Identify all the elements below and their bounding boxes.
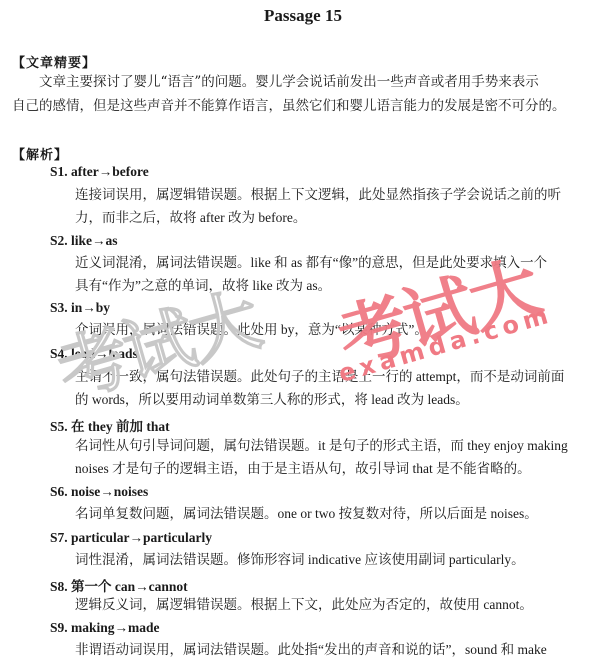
summary-line: 自己的感情，但是这些声音并不能算作语言，虽然它们和婴儿语言能力的发展是密不可分的… (12, 98, 566, 114)
item-body-s3: 介词误用，属词法错误题。此处用 by，意为“以某种方式”。 (75, 318, 595, 341)
item-body-s2: 近义词混淆，属词法错误题。like 和 as 都有“像”的意思，但是此处要求填入… (75, 251, 595, 297)
item-line: 的 words，所以要用动词单数第三人称的形式，将 lead 改为 leads。 (75, 388, 595, 411)
item-body-s7: 词性混淆，属词法错误题。修饰形容词 indicative 应该使用副词 part… (75, 548, 595, 571)
item-label-s2: S2. like→as (50, 233, 118, 249)
item-label-s3: S3. in→by (50, 300, 110, 316)
item-line: 介词误用，属词法错误题。此处用 by，意为“以某种方式”。 (75, 318, 595, 341)
analysis-heading: 【解析】 (12, 144, 68, 163)
page-title: Passage 15 (0, 6, 606, 26)
item-body-s8: 逻辑反义词，属逻辑错误题。根据上下文，此处应为否定的，故使用 cannot。 (75, 593, 595, 616)
item-label-s9: S9. making→made (50, 620, 160, 636)
item-line: 主谓不一致，属句法错误题。此处句子的主语是上一行的 attempt，而不是动词前… (75, 365, 595, 388)
item-line: 词性混淆，属词法错误题。修饰形容词 indicative 应该使用副词 part… (75, 548, 595, 571)
item-line: 名词性从句引导词问题，属句法错误题。it 是句子的形式主语，而 they enj… (75, 434, 595, 457)
item-body-s4: 主谓不一致，属句法错误题。此处句子的主语是上一行的 attempt，而不是动词前… (75, 365, 595, 411)
item-label-s5: S5. 在 they 前加 that (50, 415, 170, 435)
summary-paragraph: 文章主要探讨了婴儿“语言”的问题。婴儿学会说话前发出一些声音或者用手势来表示 自… (12, 70, 596, 118)
summary-heading: 【文章精要】 (12, 52, 96, 71)
item-body-s6: 名词单复数问题，属词法错误题。one or two 按复数对待，所以后面是 no… (75, 502, 595, 525)
item-line: 连接词误用，属逻辑错误题。根据上下文逻辑，此处显然指孩子学会说话之前的听 (75, 183, 595, 206)
item-label-s7: S7. particular→particularly (50, 530, 212, 546)
item-label-s1: S1. after→before (50, 164, 149, 180)
item-line: 具有“作为”之意的单词，故将 like 改为 as。 (75, 274, 595, 297)
item-line: 近义词混淆，属词法错误题。like 和 as 都有“像”的意思，但是此处要求填入… (75, 251, 595, 274)
item-line: 力，而非之后，故将 after 改为 before。 (75, 206, 595, 229)
item-label-s6: S6. noise→noises (50, 484, 148, 500)
item-line: 非谓语动词误用，属词法错误题。此处指“发出的声音和说的话”，sound 和 ma… (75, 638, 595, 661)
item-body-s5: 名词性从句引导词问题，属句法错误题。it 是句子的形式主语，而 they enj… (75, 434, 595, 480)
item-line: noises 才是句子的逻辑主语，由于是主语从句，故引导词 that 是不能省略… (75, 457, 595, 480)
summary-line: 文章主要探讨了婴儿“语言”的问题。婴儿学会说话前发出一些声音或者用手势来表示 (39, 74, 539, 90)
item-label-s8: S8. 第一个 can→cannot (50, 575, 188, 595)
item-label-s4: S4. lead→leads (50, 346, 138, 362)
item-body-s9: 非谓语动词误用，属词法错误题。此处指“发出的声音和说的话”，sound 和 ma… (75, 638, 595, 661)
item-body-s1: 连接词误用，属逻辑错误题。根据上下文逻辑，此处显然指孩子学会说话之前的听 力，而… (75, 183, 595, 229)
item-line: 逻辑反义词，属逻辑错误题。根据上下文，此处应为否定的，故使用 cannot。 (75, 593, 595, 616)
item-line: 名词单复数问题，属词法错误题。one or two 按复数对待，所以后面是 no… (75, 502, 595, 525)
